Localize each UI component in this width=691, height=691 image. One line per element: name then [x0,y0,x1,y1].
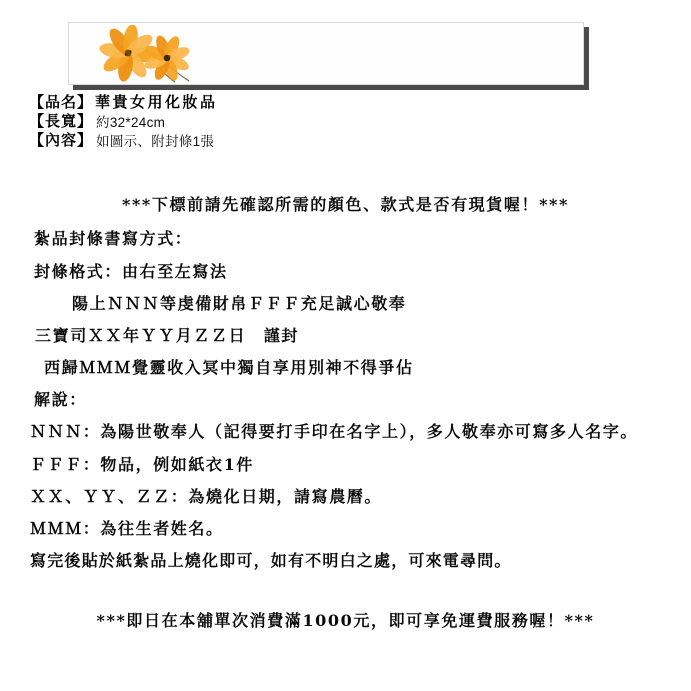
cosmos-flowers-icon [81,25,221,83]
usage-instruction-line: 寫完後貼於紙紮品上燒化即可，如有不明白之處，可來電尋問。 [30,548,512,571]
product-name-row: 【品名】 華貴女用化妝品 [29,92,218,111]
explanation-nnn: ＮＮＮ：為陽世敬奉人（記得要打手印在名字上），多人敬奉亦可寫多人名字。 [30,419,638,442]
product-size-row: 【長寬】 約32*24cm [29,111,218,130]
product-name-label: 【品名】 [29,91,93,112]
product-content-label: 【內容】 [29,129,93,150]
explanation-fff: ＦＦＦ：物品，例如紙衣1件 [30,452,254,475]
stock-confirmation-notice: ***下標前請先確認所需的顏色、款式是否有現貨喔！*** [0,192,691,215]
explanation-mmm: ＭＭＭ：為往生者姓名。 [30,516,224,539]
product-size-value: 約32*24cm [96,111,165,131]
seal-template-line-2: 三寶司ＸＸ年ＹＹ月ＺＺ日 謹封 [35,323,299,346]
seal-template-line-1: 陽上ＮＮＮ等虔備財帛ＦＦＦ充足誠心敬奉 [72,291,406,314]
product-size-label: 【長寬】 [29,110,93,131]
seal-writing-method-heading: 紮品封條書寫方式： [34,226,192,249]
seal-format-line: 封條格式：由右至左寫法 [34,259,228,282]
explanation-xxyyzz: ＸＸ、ＹＹ、ＺＺ：為燒化日期，請寫農曆。 [30,484,382,507]
header-banner [68,22,584,85]
product-content-value: 如圖示、附封條1張 [96,130,214,150]
seal-template-line-3: 西歸ＭＭＭ覺靈收入冥中獨自享用別神不得爭佔 [44,355,414,378]
free-shipping-notice: ***即日在本舖單次消費滿1000元，即可享免運費服務喔！*** [0,608,691,631]
product-info: 【品名】 華貴女用化妝品 【長寬】 約32*24cm 【內容】 如圖示、附封條1… [29,92,218,149]
product-name-value: 華貴女用化妝品 [95,91,218,112]
product-content-row: 【內容】 如圖示、附封條1張 [29,130,218,149]
listing-description-page: { "page": { "background": "#ffffff", "te… [0,0,691,691]
explanation-heading: 解說： [34,387,87,410]
